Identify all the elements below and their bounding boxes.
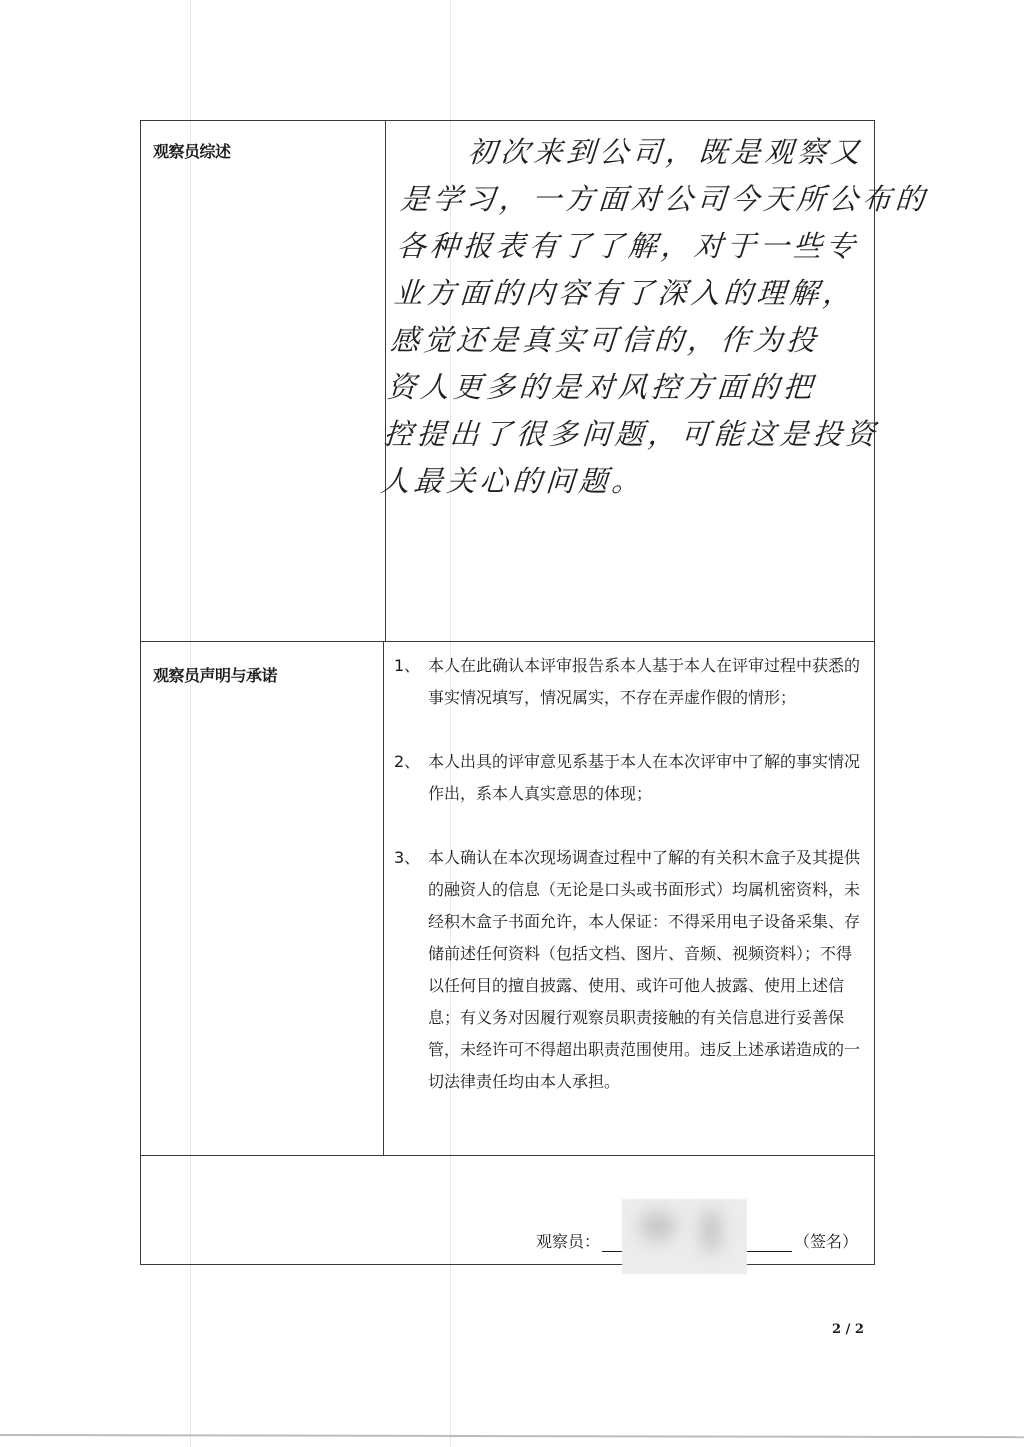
commitment-item: 3、 本人确认在本次现场调查过程中了解的有关积木盒子及其提供的融资人的信息（无论… bbox=[394, 842, 864, 1098]
scan-artifact-edge bbox=[0, 1434, 1024, 1438]
signature-line: 观察员： （签名） bbox=[536, 1229, 858, 1252]
commitment-list: 1、 本人在此确认本评审报告系本人基于本人在评审过程中获悉的事实情况填写，情况属… bbox=[394, 650, 864, 1130]
redacted-signature bbox=[622, 1199, 747, 1274]
commitment-item: 1、 本人在此确认本评审报告系本人基于本人在评审过程中获悉的事实情况填写，情况属… bbox=[394, 650, 864, 714]
statement-label-cell: 观察员声明与承诺 bbox=[141, 642, 384, 1155]
signature-field[interactable] bbox=[602, 1231, 792, 1252]
commitment-number: 1、 bbox=[394, 650, 420, 682]
commitment-text: 本人确认在本次现场调查过程中了解的有关积木盒子及其提供的融资人的信息（无论是口头… bbox=[428, 842, 864, 1098]
handwritten-summary: 初次来到公司，既是观察又 是学习，一方面对公司今天所公布的 各种报表有了了解，对… bbox=[379, 129, 885, 505]
handwritten-line: 初次来到公司，既是观察又 bbox=[402, 129, 885, 176]
summary-label-cell: 观察员综述 bbox=[141, 121, 386, 641]
handwritten-line: 业方面的内容有了深入的理解， bbox=[392, 270, 875, 317]
handwritten-line: 人最关心的问题。 bbox=[379, 458, 862, 505]
handwritten-line: 控提出了很多问题，可能这是投资 bbox=[382, 411, 865, 458]
observer-form-table: 观察员综述 初次来到公司，既是观察又 是学习，一方面对公司今天所公布的 各种报表… bbox=[140, 120, 875, 1265]
commitment-text: 本人出具的评审意见系基于本人在本次评审中了解的事实情况作出，系本人真实意思的体现… bbox=[428, 746, 864, 810]
commitment-number: 2、 bbox=[394, 746, 420, 778]
commitment-number: 3、 bbox=[394, 842, 420, 874]
handwritten-line: 感觉还是真实可信的，作为投 bbox=[389, 317, 872, 364]
commitment-text: 本人在此确认本评审报告系本人基于本人在评审过程中获悉的事实情况填写，情况属实，不… bbox=[428, 650, 864, 714]
signature-row: 观察员： （签名） bbox=[141, 1156, 874, 1264]
summary-label: 观察员综述 bbox=[153, 139, 231, 162]
signature-suffix: （签名） bbox=[794, 1229, 858, 1252]
summary-content-cell: 初次来到公司，既是观察又 是学习，一方面对公司今天所公布的 各种报表有了了解，对… bbox=[386, 121, 874, 641]
page-number: 2 / 2 bbox=[832, 1322, 864, 1337]
handwritten-line: 资人更多的是对风控方面的把 bbox=[385, 364, 868, 411]
statement-label: 观察员声明与承诺 bbox=[153, 663, 277, 686]
signature-label: 观察员： bbox=[536, 1229, 600, 1252]
summary-row: 观察员综述 初次来到公司，既是观察又 是学习，一方面对公司今天所公布的 各种报表… bbox=[141, 121, 874, 642]
handwritten-line: 各种报表有了了解，对于一些专 bbox=[395, 223, 878, 270]
commitment-item: 2、 本人出具的评审意见系基于本人在本次评审中了解的事实情况作出，系本人真实意思… bbox=[394, 746, 864, 810]
statement-content-cell: 1、 本人在此确认本评审报告系本人基于本人在评审过程中获悉的事实情况填写，情况属… bbox=[384, 642, 874, 1155]
statement-row: 观察员声明与承诺 1、 本人在此确认本评审报告系本人基于本人在评审过程中获悉的事… bbox=[141, 642, 874, 1156]
handwritten-line: 是学习，一方面对公司今天所公布的 bbox=[399, 176, 882, 223]
